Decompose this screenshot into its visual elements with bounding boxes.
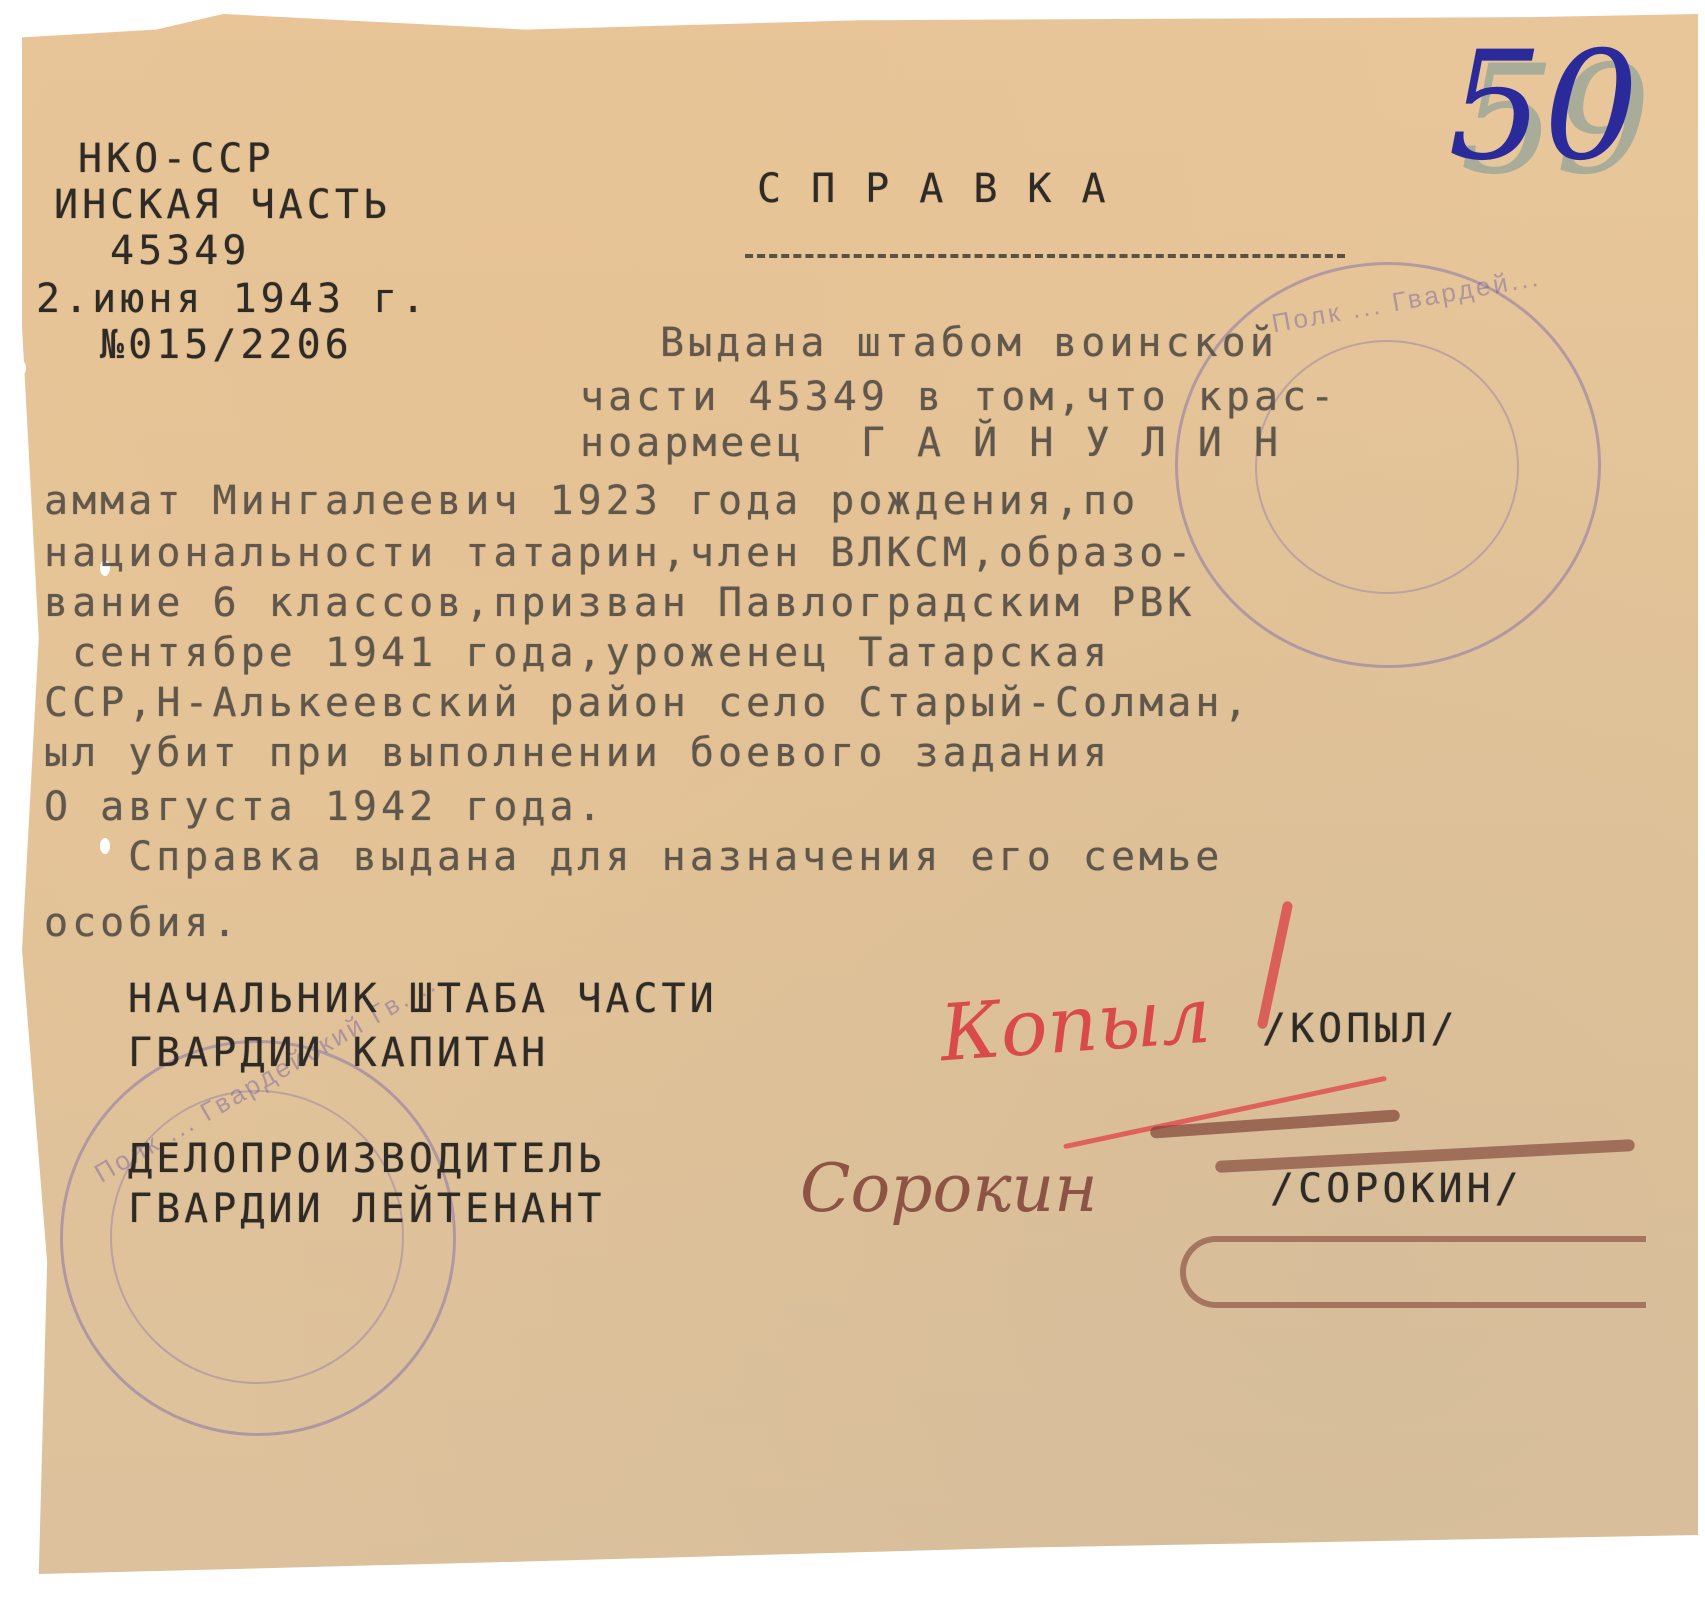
body-line: особия.: [44, 900, 241, 946]
body-line: Справка выдана для назначения его семье: [100, 834, 1223, 880]
body-line: Выдана штабом воинской: [660, 320, 1278, 366]
clerk-rank: ГВАРДИИ ЛЕЙТЕНАНТ: [128, 1186, 605, 1232]
body-line: ыл убит при выполнении боевого задания: [44, 730, 1111, 776]
body-line: сентябре 1941 года,уроженец Татарская: [44, 630, 1111, 676]
body-line: части 45349 в том,что крас-: [580, 374, 1338, 420]
header-unit: ИНСКАЯ ЧАСТЬ: [54, 182, 391, 228]
punch-hole: [16, 360, 26, 376]
page-number: 50: [1448, 20, 1639, 194]
chief-rank: ГВАРДИИ КАПИТАН: [128, 1030, 549, 1076]
header-unit-number: 45349: [110, 228, 250, 274]
chief-title: НАЧАЛЬНИК ШТАБА ЧАСТИ: [128, 976, 718, 1022]
body-line: О августа 1942 года.: [44, 784, 606, 830]
header-ref-number: №015/2206: [100, 322, 353, 368]
body-line: вание 6 классов,призван Павлоградским РВ…: [44, 580, 1195, 626]
title-underline: [745, 254, 1345, 258]
body-line: национальности татарин,член ВЛКСМ,образо…: [44, 530, 1195, 576]
clerk-signature: Сорокин: [800, 1150, 1098, 1227]
body-line: ССР,Н-Алькеевский район село Старый-Солм…: [44, 680, 1252, 726]
header-org: НКО-ССР: [78, 136, 275, 182]
chief-signature: Копыл: [937, 971, 1213, 1080]
clerk-name: /СОРОКИН/: [1270, 1166, 1523, 1212]
body-line: ноармеец Г А Й Н У Л И Н: [580, 420, 1282, 466]
body-line: аммат Мингалеевич 1923 года рождения,по: [44, 478, 1139, 524]
header-date: 2.июня 1943 г.: [36, 276, 429, 322]
clerk-title: ДЕЛОПРОИЗВОДИТЕЛЬ: [128, 1136, 605, 1182]
document-title: СПРАВКА: [757, 166, 1136, 212]
signature-flourish: [1180, 1236, 1646, 1308]
chief-name: /КОПЫЛ/: [1262, 1006, 1459, 1052]
